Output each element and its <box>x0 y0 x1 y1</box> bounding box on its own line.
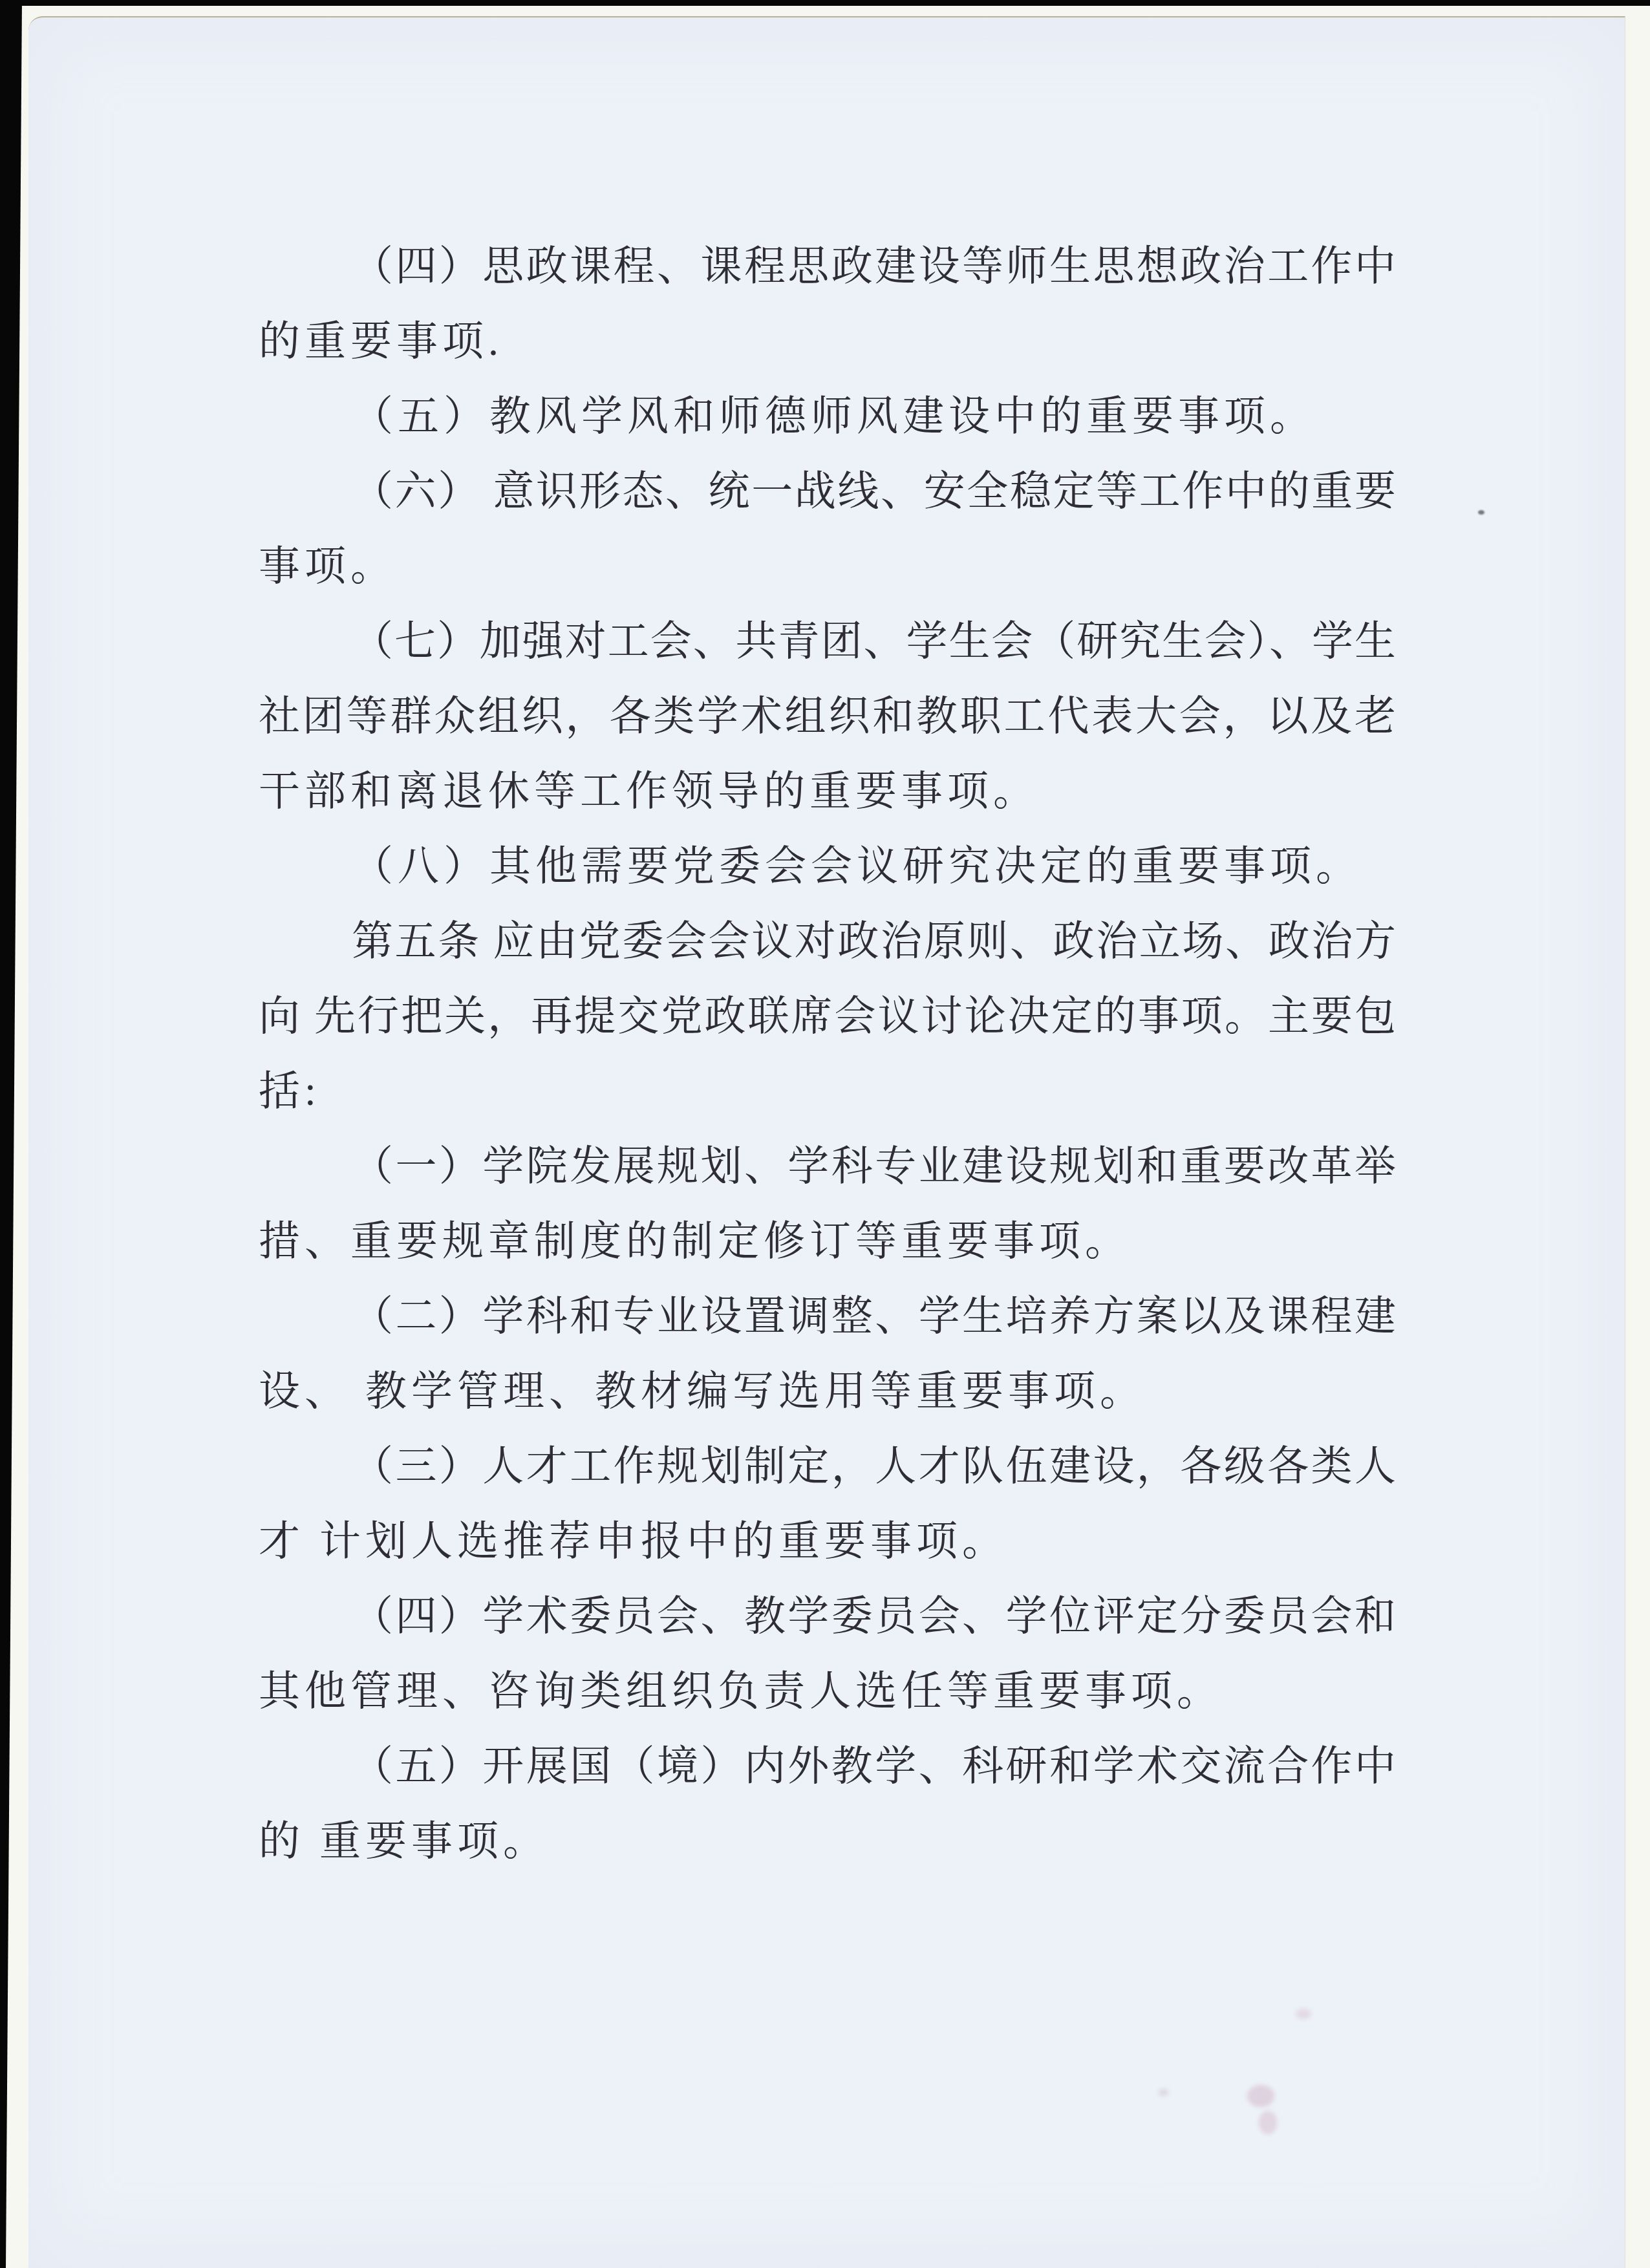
text-line: 才 计划人选推荐申报中的重要事项。 <box>259 1504 1397 1579</box>
scan-smudge <box>1159 2089 1168 2096</box>
text-line: 设、 教学管理、教材编写选用等重要事项。 <box>259 1354 1397 1429</box>
text-line: （四）思政课程、课程思政建设等师生思想政治工作中 <box>259 229 1397 304</box>
scan-speck <box>1478 510 1484 515</box>
scanner-edge-left <box>0 0 22 2268</box>
text-line: （四）学术委员会、教学委员会、学位评定分委员会和 <box>259 1579 1397 1654</box>
text-line: （三）人才工作规划制定，人才队伍建设，各级各类人 <box>259 1429 1397 1504</box>
text-line: （一）学院发展规划、学科专业建设规划和重要改革举 <box>259 1129 1397 1204</box>
scanner-edge-top <box>0 0 1650 6</box>
scan-smudge <box>1296 2009 1311 2019</box>
text-line: （六） 意识形态、统一战线、安全稳定等工作中的重要 <box>259 454 1397 529</box>
text-line: 其他管理、咨询类组织负责人选任等重要事项。 <box>259 1654 1397 1729</box>
document-body: （四）思政课程、课程思政建设等师生思想政治工作中的重要事项.（五）教风学风和师德… <box>259 229 1397 1879</box>
text-line: 干部和离退休等工作领导的重要事项。 <box>259 754 1397 829</box>
text-line: 的 重要事项。 <box>259 1804 1397 1879</box>
text-line: 括: <box>259 1054 1397 1129</box>
scanned-document-screenshot: { "page": { "kind": "scanned-document-pa… <box>0 0 1650 2268</box>
text-line: （七）加强对工会、共青团、学生会（研究生会）、学生 <box>259 604 1397 679</box>
text-line: （二）学科和专业设置调整、学生培养方案以及课程建 <box>259 1279 1397 1354</box>
text-line: 事项。 <box>259 529 1397 604</box>
text-line: 第五条 应由党委会会议对政治原则、政治立场、政治方 <box>259 904 1397 979</box>
text-line: （五）教风学风和师德师风建设中的重要事项。 <box>259 379 1397 454</box>
text-line: 措、重要规章制度的制定修订等重要事项。 <box>259 1204 1397 1279</box>
text-line: 的重要事项. <box>259 304 1397 379</box>
text-line: 向 先行把关，再提交党政联席会议讨论决定的事项。主要包 <box>259 979 1397 1054</box>
scan-smudge <box>1259 2111 1277 2134</box>
scan-smudge <box>1247 2085 1274 2107</box>
text-line: （五）开展国（境）内外教学、科研和学术交流合作中 <box>259 1729 1397 1804</box>
text-line: 社团等群众组织，各类学术组织和教职工代表大会，以及老 <box>259 679 1397 754</box>
scanned-page: （四）思政课程、课程思政建设等师生思想政治工作中的重要事项.（五）教风学风和师德… <box>28 16 1625 2268</box>
text-line: （八）其他需要党委会会议研究决定的重要事项。 <box>259 829 1397 904</box>
